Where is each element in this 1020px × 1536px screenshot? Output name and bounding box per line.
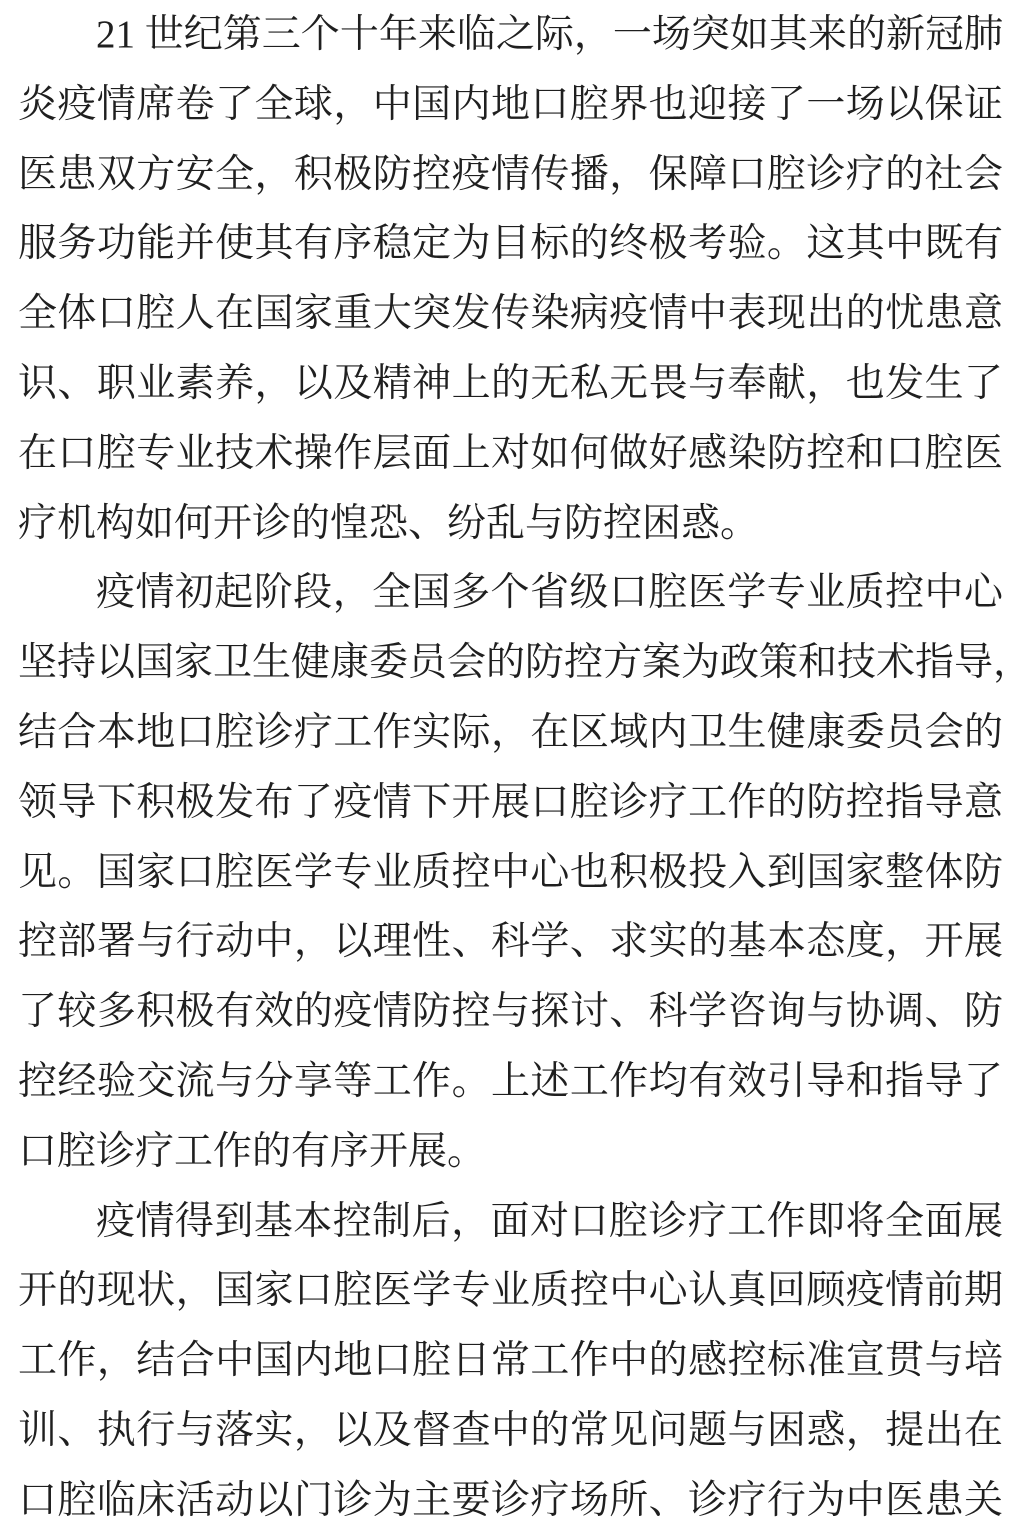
text-line: 全体口腔人在国家重大突发传染病疫情中表现出的忧患意 — [18, 279, 1003, 349]
paragraph: 疫情初起阶段，全国多个省级口腔医学专业质控中心 坚持以国家卫生健康委员会的防控方… — [18, 558, 1003, 1186]
text-line: 疫情初起阶段，全国多个省级口腔医学专业质控中心 — [18, 558, 1003, 628]
text-line: 在口腔专业技术操作层面上对如何做好感染防控和口腔医 — [18, 419, 1003, 489]
text-line: 疗机构如何开诊的惶恐、纷乱与防控困惑。 — [18, 489, 1003, 559]
text-line: 控经验交流与分享等工作。上述工作均有效引导和指导了 — [18, 1047, 1003, 1117]
text-line: 服务功能并使其有序稳定为目标的终极考验。这其中既有 — [18, 209, 1003, 279]
text-line: 了较多积极有效的疫情防控与探讨、科学咨询与协调、防 — [18, 977, 1003, 1047]
text-line: 领导下积极发布了疫情下开展口腔诊疗工作的防控指导意 — [18, 768, 1003, 838]
text-line: 医患双方安全，积极防控疫情传播，保障口腔诊疗的社会 — [18, 140, 1003, 210]
paragraph: 疫情得到基本控制后，面对口腔诊疗工作即将全面展 开的现状，国家口腔医学专业质控中… — [18, 1187, 1003, 1536]
text-line: 结合本地口腔诊疗工作实际，在区域内卫生健康委员会的 — [18, 698, 1003, 768]
text-line: 坚持以国家卫生健康委员会的防控方案为政策和技术指导， — [18, 628, 1003, 698]
text-line: 见。国家口腔医学专业质控中心也积极投入到国家整体防 — [18, 838, 1003, 908]
text-line: 工作，结合中国内地口腔日常工作中的感控标准宣贯与培 — [18, 1326, 1003, 1396]
text-line: 疫情得到基本控制后，面对口腔诊疗工作即将全面展 — [18, 1187, 1003, 1257]
text-line: 口腔诊疗工作的有序开展。 — [18, 1117, 1003, 1187]
text-line: 开的现状，国家口腔医学专业质控中心认真回顾疫情前期 — [18, 1256, 1003, 1326]
document-page: 21 世纪第三个十年来临之际，一场突如其来的新冠肺 炎疫情席卷了全球，中国内地口… — [0, 0, 1020, 1536]
text-line: 炎疫情席卷了全球，中国内地口腔界也迎接了一场以保证 — [18, 70, 1003, 140]
text-line: 21 世纪第三个十年来临之际，一场突如其来的新冠肺 — [18, 0, 1003, 70]
text-line: 识、职业素养，以及精神上的无私无畏与奉献，也发生了 — [18, 349, 1003, 419]
text-line: 控部署与行动中，以理性、科学、求实的基本态度，开展 — [18, 907, 1003, 977]
text-line: 训、执行与落实，以及督查中的常见问题与困惑，提出在 — [18, 1396, 1003, 1466]
paragraph: 21 世纪第三个十年来临之际，一场突如其来的新冠肺 炎疫情席卷了全球，中国内地口… — [18, 0, 1003, 558]
text-line: 口腔临床活动以门诊为主要诊疗场所、诊疗行为中医患关 — [18, 1466, 1003, 1536]
